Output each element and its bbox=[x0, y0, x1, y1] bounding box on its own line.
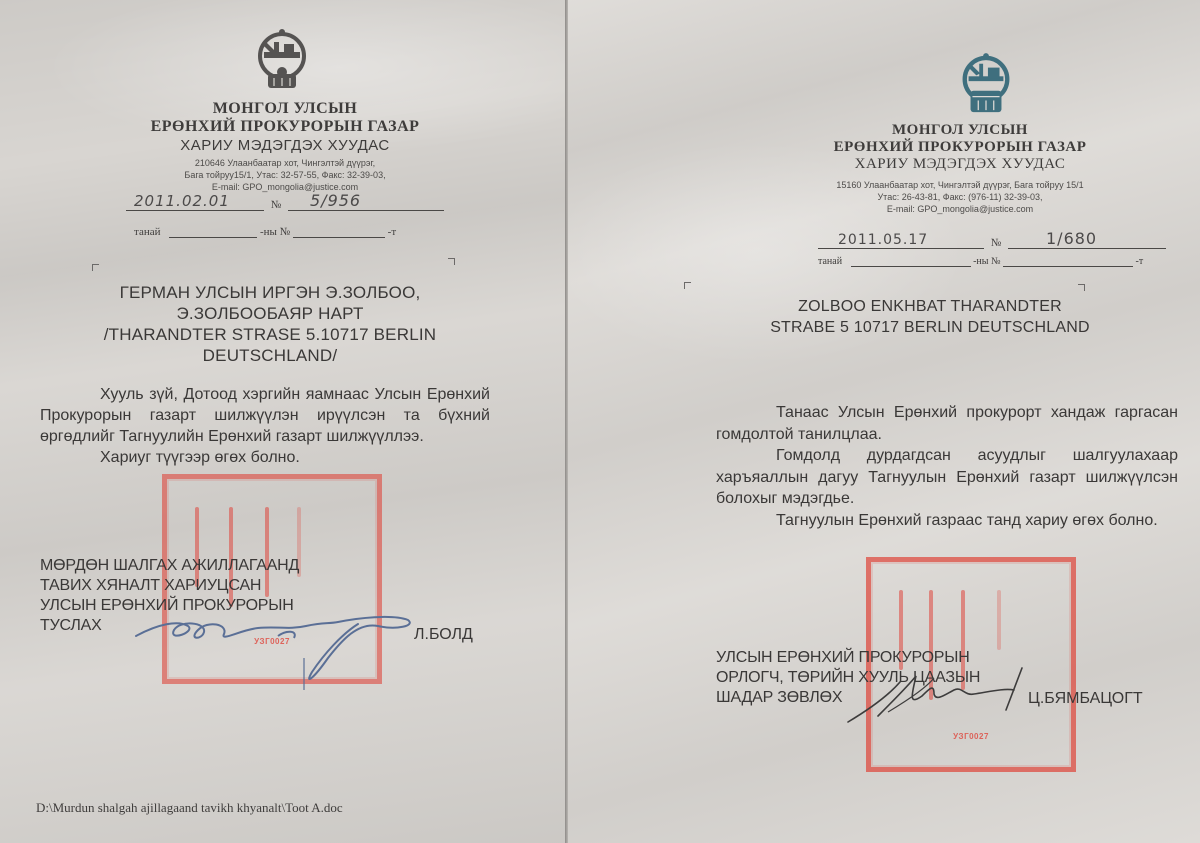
corner-mark bbox=[92, 264, 99, 271]
your-number-label: -ны № bbox=[260, 226, 290, 238]
file-path-footer: D:\Murdun shalgah ajillagaand tavikh khy… bbox=[36, 800, 343, 816]
left-letter-page: МОНГОЛ УЛСЫН ЕРӨНХИЙ ПРОКУРОРЫН ГАЗАР ХА… bbox=[0, 0, 566, 843]
signatory-title-line: УЛСЫН ЕРӨНХИЙ ПРОКУРОРЫН bbox=[716, 648, 980, 668]
org-name-line1: МОНГОЛ УЛСЫН bbox=[750, 122, 1170, 139]
registration-line: 2011.05.17 № 1/680 bbox=[818, 234, 1166, 249]
body-paragraph: Тагнуулын Ерөнхий газраас танд хариу өгө… bbox=[716, 510, 1178, 532]
your-number-label: -ны № bbox=[973, 256, 1000, 267]
body-paragraph: Танаас Улсын Ерөнхий прокурорт хандаж га… bbox=[716, 402, 1178, 445]
addressee-line: ZOLBOO ENKHBAT THARANDTER bbox=[710, 296, 1150, 317]
org-name-line2: ЕРӨНХИЙ ПРОКУРОРЫН ГАЗАР bbox=[100, 118, 470, 136]
suffix-label: -т bbox=[388, 226, 396, 238]
reference-line: танай -ны № -т bbox=[818, 256, 1143, 267]
org-name-line2: ЕРӨНХИЙ ПРОКУРОРЫН ГАЗАР bbox=[750, 139, 1170, 156]
body-paragraph: Гомдолд дурдагдсан асуудлыг шалгуулахаар… bbox=[716, 445, 1178, 510]
signatory-title-line: ШАДАР ЗӨВЛӨХ bbox=[716, 688, 980, 708]
your-number-field bbox=[1003, 257, 1133, 267]
body-paragraph: Хариуг түүгээр өгөх болно. bbox=[40, 447, 490, 468]
letter-body: Танаас Улсын Ерөнхий прокурорт хандаж га… bbox=[716, 402, 1178, 531]
address-line2: Бага тойруу15/1, Утас: 32-57-55, Факс: 3… bbox=[100, 169, 470, 181]
reference-line: танай -ны № -т bbox=[134, 226, 396, 238]
signatory-name: Л.БОЛД bbox=[414, 626, 473, 644]
addressee-line: STRABE 5 10717 BERLIN DEUTSCHLAND bbox=[710, 317, 1150, 338]
body-paragraph: Хууль зүй, Дотоод хэргийн яамнаас Улсын … bbox=[40, 384, 490, 447]
date-field: 2011.02.01 bbox=[126, 196, 264, 211]
handwritten-date: 2011.05.17 bbox=[838, 232, 928, 248]
your-number-field bbox=[293, 227, 385, 238]
signatory-title-line: УЛСЫН ЕРӨНХИЙ ПРОКУРОРЫН bbox=[40, 596, 299, 616]
address-line1: 210646 Улаанбаатар хот, Чингэлтэй дүүрэг… bbox=[100, 157, 470, 169]
signatory-title-line: ТУСЛАХ bbox=[40, 616, 299, 636]
letterhead: МОНГОЛ УЛСЫН ЕРӨНХИЙ ПРОКУРОРЫН ГАЗАР ХА… bbox=[100, 100, 470, 193]
corner-mark bbox=[448, 258, 455, 265]
addressee-block: ZOLBOO ENKHBAT THARANDTER STRABE 5 10717… bbox=[710, 296, 1150, 338]
number-field: 1/680 bbox=[1008, 234, 1166, 249]
your-label: танай bbox=[818, 256, 842, 267]
address-line2: Утас: 26-43-81, Факс: (976-11) 32-39-03, bbox=[750, 191, 1170, 203]
signatory-name: Ц.БЯМБАЦОГТ bbox=[1028, 690, 1143, 708]
signatory-title: МӨРДӨН ШАЛГАХ АЖИЛЛАГААНД ТАВИХ ХЯНАЛТ Х… bbox=[40, 556, 299, 636]
number-label: № bbox=[271, 199, 282, 211]
handwritten-number: 1/680 bbox=[1046, 229, 1097, 248]
org-name-line1: МОНГОЛ УЛСЫН bbox=[100, 100, 470, 118]
stamp-number: УЗГ0027 bbox=[871, 732, 1071, 741]
signatory-title-line: ТАВИХ ХЯНАЛТ ХАРИУЦСАН bbox=[40, 576, 299, 596]
signatory-title-line: МӨРДӨН ШАЛГАХ АЖИЛЛАГААНД bbox=[40, 556, 299, 576]
handwritten-number: 5/956 bbox=[310, 191, 361, 210]
date-field: 2011.05.17 bbox=[818, 234, 984, 249]
right-letter-page: МОНГОЛ УЛСЫН ЕРӨНХИЙ ПРОКУРОРЫН ГАЗАР ХА… bbox=[568, 0, 1200, 843]
your-date-field bbox=[851, 257, 971, 267]
letter-body: Хууль зүй, Дотоод хэргийн яамнаас Улсын … bbox=[40, 384, 490, 468]
addressee-line: Э.ЗОЛБООБАЯР НАРТ bbox=[40, 303, 500, 324]
addressee-line: ГЕРМАН УЛСЫН ИРГЭН Э.ЗОЛБОО, bbox=[40, 282, 500, 303]
suffix-label: -т bbox=[1136, 256, 1144, 267]
letterhead: МОНГОЛ УЛСЫН ЕРӨНХИЙ ПРОКУРОРЫН ГАЗАР ХА… bbox=[750, 122, 1170, 215]
form-title: ХАРИУ МЭДЭГДЭХ ХУУДАС bbox=[100, 137, 470, 155]
stamp-number: УЗГ0027 bbox=[167, 637, 377, 646]
number-field: 5/956 bbox=[288, 196, 444, 211]
signatory-title-line: ОРЛОГЧ, ТӨРИЙН ХУУЛЬ ЦААЗЫН bbox=[716, 668, 980, 688]
registration-line: 2011.02.01 № 5/956 bbox=[126, 196, 444, 211]
handwritten-date: 2011.02.01 bbox=[134, 192, 230, 210]
state-emblem-icon bbox=[957, 50, 1015, 120]
addressee-block: ГЕРМАН УЛСЫН ИРГЭН Э.ЗОЛБОО, Э.ЗОЛБООБАЯ… bbox=[40, 282, 500, 366]
addressee-line: DEUTSCHLAND/ bbox=[40, 345, 500, 366]
addressee-line: /THARANDTER STRASE 5.10717 BERLIN bbox=[40, 324, 500, 345]
email-line: E-mail: GPO_mongolia@justice.com bbox=[750, 203, 1170, 215]
your-label: танай bbox=[134, 226, 160, 238]
address-line1: 15160 Улаанбаатар хот, Чингэлтэй дүүрэг,… bbox=[750, 179, 1170, 191]
form-title: ХАРИУ МЭДЭГДЭХ ХУУДАС bbox=[750, 156, 1170, 173]
state-emblem-icon bbox=[252, 26, 312, 98]
corner-mark bbox=[1078, 284, 1085, 291]
number-label: № bbox=[991, 237, 1002, 249]
signatory-title: УЛСЫН ЕРӨНХИЙ ПРОКУРОРЫН ОРЛОГЧ, ТӨРИЙН … bbox=[716, 648, 980, 708]
your-date-field bbox=[169, 227, 257, 238]
corner-mark bbox=[684, 282, 691, 289]
